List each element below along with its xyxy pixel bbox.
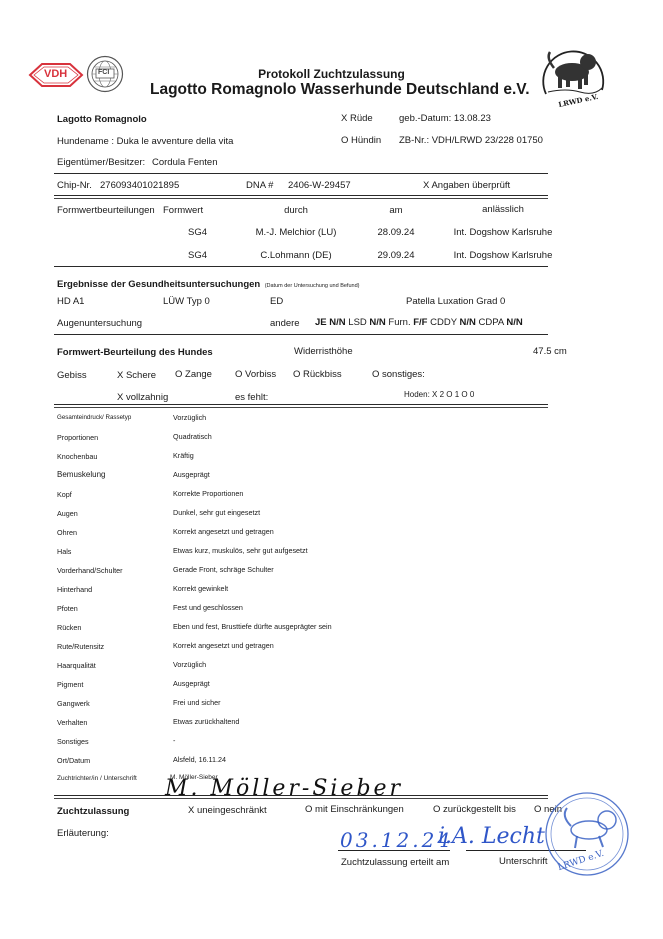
test-cdpa: CDPA [476,317,506,328]
sex-male: X Rüde [341,113,373,124]
divider [54,798,548,799]
formwert-header-am: am [376,205,416,216]
eval-label: Haarqualität [57,661,96,670]
divider [54,198,548,199]
approval-restricted: O mit Einschränkungen [305,804,404,815]
luew-result: LÜW Typ 0 [163,296,210,307]
formwert-date: 28.09.24 [371,227,421,238]
divider [54,404,548,405]
sex-female: O Hündin [341,135,381,146]
test-cddy: CDDY [427,317,459,328]
eval-label: Pigment [57,680,83,689]
approval-deferred: O zurückgestellt bis [433,804,516,815]
divider [54,173,548,174]
eval-value: Gerade Front, schräge Schulter [173,565,274,574]
breed: Lagotto Romagnolo [57,114,147,125]
owner-value: Cordula Fenten [152,157,217,168]
formwert-event: Int. Dogshow Karlsruhe [434,250,572,261]
test-cddy-result: N/N [460,317,476,328]
eval-value: Korrekt angesetzt und getragen [173,641,274,650]
explanation-label: Erläuterung: [57,828,109,839]
formwert-header-formwert: Formwert [163,205,203,216]
hd-result: HD A1 [57,296,84,307]
eval-label: Ort/Datum [57,756,90,765]
eval-value: Kräftig [173,451,194,460]
eval-label: Augen [57,509,78,518]
formwert-label: Formwertbeurteilungen [57,205,155,216]
lrwd-logo: LRWD e.V. [536,44,610,114]
eval-value: Fest und geschlossen [173,603,243,612]
testicles: Hoden: X 2 O 1 O 0 [404,390,474,399]
birth-date: geb.-Datum: 13.08.23 [399,113,491,124]
club-stamp: LRWD e.V. [537,790,632,880]
other-tests-results: JE N/N LSD N/N Furn. F/F CDDY N/N CDPA N… [315,317,523,328]
eval-value: Alsfeld, 16.11.24 [173,755,226,764]
approval-signature-handwritten: i.A. Lecht [438,824,545,849]
eval-label: Bemuskelung [57,470,105,479]
teeth-complete: X vollzahnig [117,392,168,403]
eye-exam-label: Augenuntersuchung [57,318,142,329]
chip-label: Chip-Nr. [57,180,92,191]
eval-value: Frei und sicher [173,698,221,707]
health-title-note: (Datum der Untersuchung und Befund) [265,283,360,289]
eval-label: Sonstiges [57,737,89,746]
eval-label: Rute/Rutensitz [57,642,104,651]
bite-label: Gebiss [57,370,87,381]
divider [54,795,548,796]
zb-number: ZB-Nr.: VDH/LRWD 23/228 01750 [399,135,543,146]
chip-number: 276093401021895 [100,180,179,191]
eval-label: Gangwerk [57,699,90,708]
eval-value: Quadratisch [173,432,212,441]
eval-value: Etwas zurückhaltend [173,717,239,726]
health-title: Ergebnisse der Gesundheitsuntersuchungen… [57,274,359,292]
eval-value: Vorzüglich [173,413,206,422]
formwert-judge: C.Lohmann (DE) [226,250,366,261]
eval-value: Korrekte Proportionen [173,489,243,498]
height-label: Widerristhöhe [294,346,353,357]
formwert-judge: M.-J. Melchior (LU) [226,227,366,238]
test-cdpa-result: N/N [506,317,522,328]
patella-result: Patella Luxation Grad 0 [406,296,505,307]
approval-date-handwritten: 03.12.24 [340,828,453,852]
test-lsd: LSD [346,317,370,328]
eval-label: Ohren [57,528,77,537]
dna-label: DNA # [246,180,273,191]
formwert-grade: SG4 [188,227,207,238]
eval-label: Verhalten [57,718,87,727]
test-furn-result: F/F [413,317,427,328]
formwert-grade: SG4 [188,250,207,261]
formwert-date: 29.09.24 [371,250,421,261]
health-title-text: Ergebnisse der Gesundheitsuntersuchungen [57,279,260,290]
owner-label: Eigentümer/Besitzer: [57,157,145,168]
test-lsd-result: N/N [369,317,385,328]
eval-label: Kopf [57,490,72,499]
eval-value: Korrekt angesetzt und getragen [173,527,274,536]
test-furn: Furn. [386,317,413,328]
data-verified: X Angaben überprüft [423,180,510,191]
club-name: Lagotto Romagnolo Wasserhunde Deutschlan… [150,81,530,99]
divider [54,334,548,335]
approval-label: Zuchtzulassung [57,806,129,817]
teeth-missing: es fehlt: [235,392,268,403]
eval-label: Proportionen [57,433,98,442]
eval-label: Pfoten [57,604,78,613]
eval-value: Ausgeprägt [173,679,210,688]
other-tests-label: andere [270,318,300,329]
eval-label: Gesamteindruck/ Rassetyp [57,414,131,421]
dna-number: 2406-W-29457 [288,180,351,191]
eval-label: Knochenbau [57,452,97,461]
formwert-header-durch: durch [256,205,336,216]
ed-result: ED [270,296,283,307]
assessment-title: Formwert-Beurteilung des Hundes [57,347,213,358]
bite-scissor: X Schere [117,370,156,381]
test-je: JE [315,317,329,328]
eval-value: Ausgeprägt [173,470,210,479]
eval-label: Hinterhand [57,585,92,594]
eval-label: Hals [57,547,71,556]
divider [54,266,548,267]
dog-name: Hundename : Duka le avventure della vita [57,136,233,147]
eval-value: - [173,736,175,745]
bite-other: O sonstiges: [372,369,425,380]
eval-value: Eben und fest, Brusttiefe dürfte ausgepr… [173,622,332,631]
date-line [338,850,450,851]
divider [54,195,548,196]
bite-undershot: O Rückbiss [293,369,342,380]
eval-value: Etwas kurz, muskulös, sehr gut aufgesetz… [173,546,308,555]
eval-label: Vorderhand/Schulter [57,566,123,575]
granted-label: Zuchtzulassung erteilt am [341,857,449,868]
eval-value: Korrekt gewinkelt [173,584,228,593]
bite-overshot: O Vorbiss [235,369,276,380]
judge-label: Zuchtrichter/in / Unterschrift [57,775,137,782]
eval-label: Rücken [57,623,81,632]
eval-value: Dunkel, sehr gut eingesetzt [173,508,260,517]
formwert-event: Int. Dogshow Karlsruhe [434,227,572,238]
height-value: 47.5 cm [533,346,567,357]
eval-value: Vorzüglich [173,660,206,669]
approval-unrestricted: X uneingeschränkt [188,805,267,816]
divider [54,407,548,408]
test-je-result: N/N [329,317,345,328]
formwert-header-anlaesslich: anlässlich [440,204,566,215]
bite-level: O Zange [175,369,212,380]
